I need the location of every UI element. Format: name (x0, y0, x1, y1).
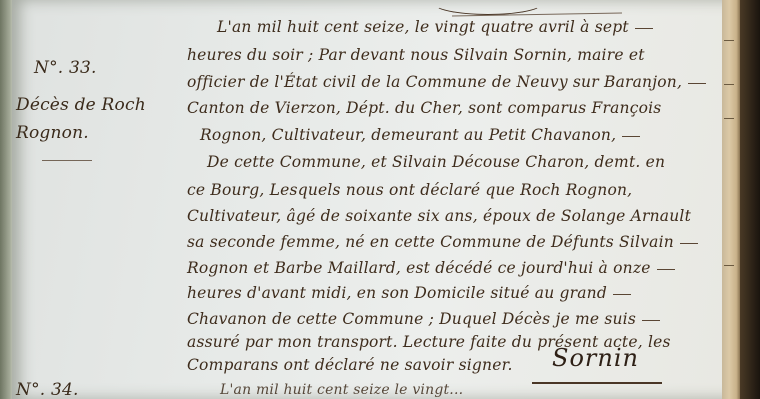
body-line-11: heures d'avant midi, en son Domicile sit… (187, 284, 631, 302)
body-line-text: heures d'avant midi, en son Domicile sit… (187, 284, 607, 302)
edge-mark (724, 118, 734, 119)
body-line-4: Canton de Vierzon, Dépt. du Cher, sont c… (187, 99, 661, 117)
line-dash (635, 28, 653, 29)
body-line-7: ce Bourg, Lesquels nous ont déclaré que … (187, 181, 632, 199)
edge-mark (724, 265, 734, 266)
body-line-10: Rognon et Barbe Maillard, est décédé ce … (187, 259, 675, 277)
line-dash (657, 269, 675, 270)
body-line-text: Cultivateur, âgé de soixante six ans, ép… (187, 207, 691, 225)
edge-mark (724, 84, 734, 85)
body-line-text: sa seconde femme, né en cette Commune de… (187, 233, 674, 251)
body-line-6: De cette Commune, et Silvain Découse Cha… (207, 153, 665, 171)
line-dash (680, 243, 698, 244)
body-line-1: L'an mil huit cent seize, le vingt quatr… (217, 18, 653, 36)
line-dash (642, 320, 660, 321)
body-line-5: Rognon, Cultivateur, demeurant au Petit … (200, 126, 640, 144)
body-line-2: heures du soir ; Par devant nous Silvain… (187, 46, 645, 64)
body-line-text: Canton de Vierzon, Dépt. du Cher, sont c… (187, 99, 661, 117)
body-line-text: Rognon et Barbe Maillard, est décédé ce … (187, 259, 651, 277)
record-title-line2: Rognon. (16, 123, 89, 143)
body-line-14: Comparans ont déclaré ne savoir signer. (187, 356, 513, 374)
record-title-line1: Décès de Roch (16, 95, 146, 115)
record-number: N°. 33. (34, 58, 97, 78)
body-line-text: Chavanon de cette Commune ; Duquel Décès… (187, 310, 636, 328)
next-record-number: N°. 34. (16, 380, 79, 399)
body-line-text: L'an mil huit cent seize, le vingt quatr… (217, 18, 629, 36)
body-line-text: heures du soir ; Par devant nous Silvain… (187, 46, 645, 64)
header-flourish (432, 0, 544, 15)
next-record-start: L'an mil huit cent seize le vingt... (220, 382, 463, 398)
body-line-12: Chavanon de cette Commune ; Duquel Décès… (187, 310, 660, 328)
body-line-text: De cette Commune, et Silvain Découse Cha… (207, 153, 665, 171)
edge-mark (724, 40, 734, 41)
signature-underline (532, 382, 662, 384)
book-binding-right (740, 0, 760, 399)
body-line-text: officier de l'État civil de la Commune d… (187, 73, 682, 91)
margin-underline (42, 160, 92, 161)
body-line-text: ce Bourg, Lesquels nous ont déclaré que … (187, 181, 632, 199)
body-line-9: sa seconde femme, né en cette Commune de… (187, 233, 698, 251)
body-line-text: Rognon, Cultivateur, demeurant au Petit … (200, 126, 616, 144)
line-dash (613, 294, 631, 295)
mayor-signature: Sornin (552, 344, 639, 372)
line-dash (622, 136, 640, 137)
register-page: N°. 33. Décès de Roch Rognon. L'an mil h… (12, 0, 734, 399)
body-line-8: Cultivateur, âgé de soixante six ans, ép… (187, 207, 691, 225)
line-dash (688, 83, 706, 84)
body-line-3: officier de l'État civil de la Commune d… (187, 73, 706, 91)
page-edge (722, 0, 740, 399)
body-line-text: Comparans ont déclaré ne savoir signer. (187, 356, 513, 374)
